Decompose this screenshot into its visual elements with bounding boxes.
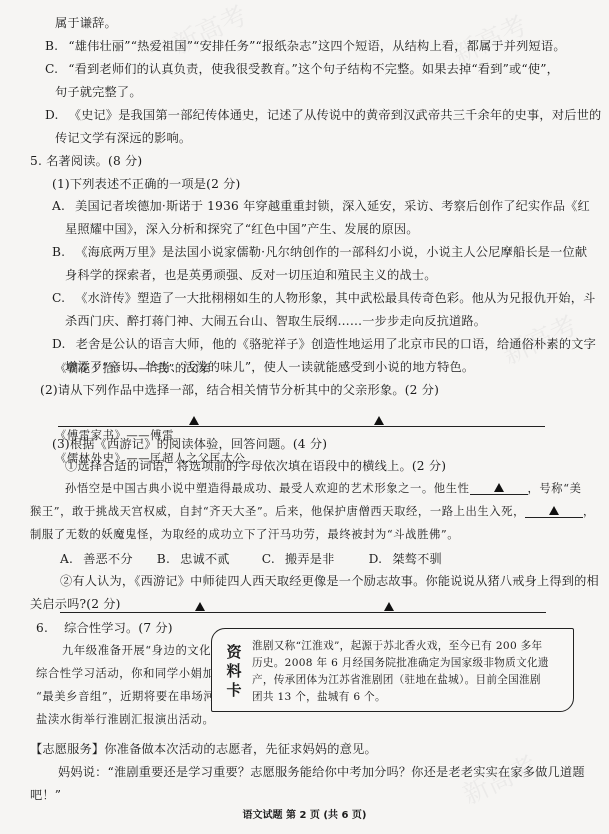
q5-sub3-part2-cont: 关启示吗?(2 分) — [30, 596, 121, 612]
option-letter: B. — [45, 39, 58, 53]
page-footer: 语文试题 第 2 页 (共 6 页) — [0, 806, 609, 821]
q5-option-c-cont: 杀西门庆、醉打蒋门神、大闹五台山、智取生辰纲……一步步走向反抗道路。 — [65, 313, 486, 329]
q4-option-b: B. “雄伟壮丽”“热爱祖国”“安排任务”“报纸杂志”这四个短语，从结构上看，都… — [45, 38, 566, 54]
passage-text: 孙悟空是中国古典小说中塑造得最成功、最受人欢迎的艺术形象之一。他生性 — [65, 482, 470, 495]
mom-quote-cont: 吧！” — [30, 787, 61, 803]
q5-sub3-part1-prompt: ①选择合适的词语，将选项前的字母依次填在语段中的横线上。(2 分) — [65, 458, 446, 474]
answer-marker-icon — [189, 416, 199, 425]
q5-sub1-prompt: (1)下列表述不正确的一项是(2 分) — [52, 176, 240, 192]
option-text: “雄伟壮丽”“热爱祖国”“安排任务”“报纸杂志”这四个短语，从结构上看，都属于并… — [68, 39, 565, 53]
card-line: 历史。2008 年 6 月经国务院批准确定为国家级非物质文化遗 — [252, 655, 549, 672]
q4-option-a-cont: 属于谦辞。 — [55, 15, 117, 31]
volunteer-text: 你准备做本次活动的志愿者，先征求妈妈的意见。 — [104, 742, 377, 756]
answer-blank-1[interactable] — [470, 481, 528, 495]
option-text: 《史记》是我国第一部纪传体通史，记述了从传说中的黄帝到汉武帝共三千余年的史事，对… — [69, 108, 602, 122]
q5-sub3-part2-prompt: ②有人认为，《西游记》中师徒四人西天取经更像是一个励志故事。你能说说从猪八戒身上… — [60, 573, 599, 589]
passage-line-1: 孙悟空是中国古典小说中塑造得最成功、最受人欢迎的艺术形象之一。他生性，号称“美 — [65, 481, 581, 497]
option-letter: D. — [52, 337, 66, 351]
choice-letter: A. — [60, 552, 73, 566]
q5-title: 5. 名著阅读。(8 分) — [30, 153, 142, 169]
q4-option-c-cont: 句子就完整了。 — [55, 84, 142, 100]
q5-option-b: B. 《海底两万里》是法国小说家儒勒·凡尔纳创作的一部科幻小说，小说主人公尼摩船… — [52, 244, 587, 260]
q6-intro-2: 综合性学习活动，你和同学小娟加入了 — [36, 666, 238, 682]
option-letter: A. — [52, 199, 65, 213]
q5-option-a-cont: 星照耀中国》，深入分析和探究了“红色中国”产生、发展的原因。 — [65, 221, 419, 237]
passage-text: ，号称“美 — [528, 482, 582, 495]
option-letter: B. — [52, 245, 65, 259]
card-line: 团共 13 个，盐城有 6 个。 — [252, 689, 549, 706]
q5-option-c: C. 《水浒传》塑造了一大批栩栩如生的人物形象，其中武松最具传奇色彩。他从为兄报… — [52, 290, 596, 306]
q6-number: 6. — [36, 621, 48, 635]
q5-option-d: D. 老舍是公认的语言大师，他的《骆驼祥子》创造性地运用了北京市民的口语，给通俗… — [52, 336, 596, 352]
q5-option-a: A. 美国记者埃德加·斯诺于 1936 年穿越重重封锁，深入延安，采访、考察后创… — [52, 198, 590, 214]
passage-line-3: 制服了无数的妖魔鬼怪，为取经的成功立下了汗马功劳，最终被封为“斗战胜佛”。 — [30, 527, 459, 543]
volunteer-section: 【志愿服务】你准备做本次活动的志愿者，先征求妈妈的意见。 — [30, 741, 377, 757]
q5-option-b-cont: 身科学的探索者，也是英勇顽强、反对一切压迫和殖民主义的战士。 — [65, 267, 437, 283]
passage-text: ， — [583, 505, 595, 518]
info-card-label: 资 料 卡 — [225, 643, 243, 700]
answer-line[interactable] — [58, 426, 545, 427]
card-line: 淮剧又称“江淮戏”，起源于苏北香火戏，至今已有 200 多年 — [252, 638, 549, 655]
answer-marker-icon — [494, 483, 504, 492]
card-label-char: 料 — [225, 662, 243, 681]
option-text: 《海底两万里》是法国小说家儒勒·凡尔纳创作的一部科幻小说，小说主人公尼摩船长是一… — [75, 245, 587, 259]
choice-b: 忠诚不贰 — [180, 552, 230, 566]
option-letter: D. — [45, 108, 59, 122]
option-letter: C. — [52, 291, 65, 305]
q6-title-text: 综合性学习。(7 分) — [64, 621, 173, 635]
q6-intro-4: 盐渎水街举行淮剧汇报演出活动。 — [36, 712, 214, 728]
choice-c: 搬弄是非 — [285, 552, 335, 566]
card-line: 产，传承团体为江苏省淮剧团（驻地在盐城）。目前全国淮剧 — [252, 672, 549, 689]
option-text: “看到老师们的认真负责，使我很受教育。”这个句子结构不完整。如果去掉“看到”或“… — [68, 62, 559, 76]
q5-sub3-prompt: (3)根据《西游记》的阅读体验，回答问题。(4 分) — [52, 436, 327, 452]
card-label-char: 卡 — [225, 681, 243, 700]
option-text: 《水浒传》塑造了一大批栩栩如生的人物形象，其中武松最具传奇色彩。他从为兄报仇开始… — [75, 291, 595, 305]
q6-title: 6. 综合性学习。(7 分) — [36, 620, 173, 636]
card-label-char: 资 — [225, 643, 243, 662]
q4-option-c: C. “看到老师们的认真负责，使我很受教育。”这个句子结构不完整。如果去掉“看到… — [45, 61, 559, 77]
passage-text: 猴王”，敢于挑战天宫权威，自封“齐天大圣”。后来，他保护唐僧西天取经，一路上出生… — [30, 505, 525, 518]
answer-marker-icon — [374, 416, 384, 425]
answer-blank-2[interactable] — [525, 504, 583, 518]
q5-work-1: 《朝花夕拾》——“我”的父亲 — [55, 361, 211, 377]
q5-sub2-prompt: (2)请从下列作品中选择一部，结合相关情节分析其中的父亲形象。(2 分) — [40, 382, 439, 398]
volunteer-heading: 【志愿服务】 — [30, 742, 104, 756]
choice-letter: B. — [157, 552, 170, 566]
answer-marker-icon — [549, 506, 559, 515]
choice-a: 善恶不分 — [83, 552, 133, 566]
answer-marker-icon — [384, 602, 394, 611]
info-card-text: 淮剧又称“江淮戏”，起源于苏北香火戏，至今已有 200 多年 历史。2008 年… — [252, 638, 549, 706]
option-letter: C. — [45, 62, 58, 76]
choice-letter: C. — [262, 552, 275, 566]
choice-d: 桀骜不驯 — [392, 552, 442, 566]
passage-line-2: 猴王”，敢于挑战天宫权威，自封“齐天大圣”。后来，他保护唐僧西天取经，一路上出生… — [30, 504, 595, 520]
q4-option-d: D. 《史记》是我国第一部纪传体通史，记述了从传说中的黄帝到汉武帝共三千余年的史… — [45, 107, 601, 123]
option-text: 老舍是公认的语言大师，他的《骆驼祥子》创造性地运用了北京市民的口语，给通俗朴素的… — [76, 337, 596, 351]
answer-marker-icon — [195, 602, 205, 611]
mom-quote: 妈妈说：“淮剧重要还是学习重要？志愿服务能给你中考加分吗？你还是老老实实在家多做… — [58, 764, 585, 780]
info-card: 资 料 卡 淮剧又称“江淮戏”，起源于苏北香火戏，至今已有 200 多年 历史。… — [211, 628, 574, 712]
q4-option-d-cont: 传记文学有深远的影响。 — [55, 130, 191, 146]
choice-letter: D. — [369, 552, 383, 566]
option-text: 美国记者埃德加·斯诺于 1936 年穿越重重封锁，深入延安，采访、考察后创作了纪… — [75, 199, 590, 213]
answer-line[interactable] — [60, 612, 546, 613]
q6-intro-3: “最美乡音组”，近期将要在串场河畔的 — [36, 689, 239, 705]
choice-list: A. 善恶不分 B. 忠诚不贰 C. 搬弄是非 D. 桀骜不驯 — [60, 551, 442, 567]
